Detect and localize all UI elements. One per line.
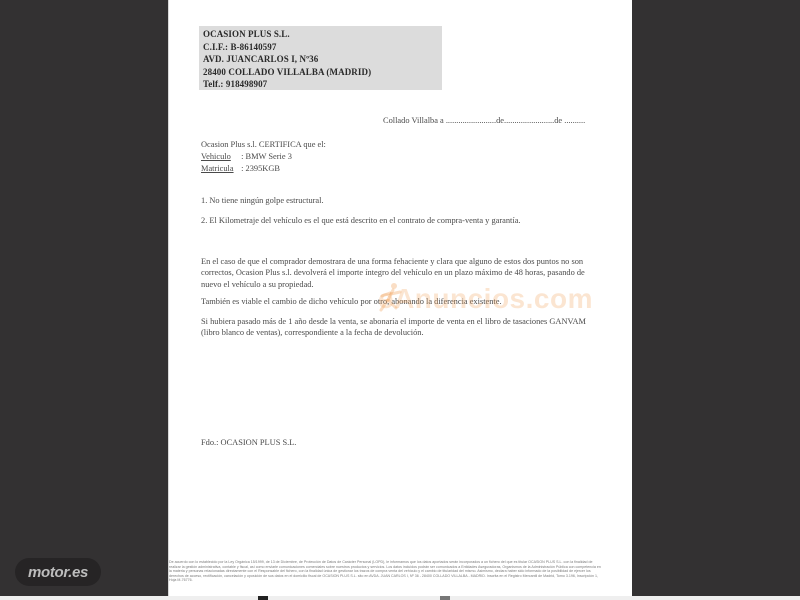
plate-value: : 2395KGB [241,164,280,173]
plate-field: Matricula : 2395KGB [201,163,280,174]
page-marker [258,596,268,600]
document-viewer: OCASION PLUS S.L. C.I.F.: B-86140597 AVD… [0,0,800,600]
bottom-scroll-strip[interactable] [0,596,800,600]
company-name: OCASION PLUS S.L. [203,28,442,41]
legal-footer: De acuerdo con lo establecido por la Ley… [169,560,601,592]
company-city: 28400 COLLADO VILLALBA (MADRID) [203,66,442,79]
ganvam-paragraph: Si hubiera pasado más de 1 año desde la … [201,316,605,339]
document-page: OCASION PLUS S.L. C.I.F.: B-86140597 AVD… [168,0,632,596]
vehicle-field: Vehiculo : BMW Serie 3 [201,151,292,162]
place-date-line: Collado Villalba a .....................… [383,115,585,126]
motor-es-logo[interactable]: motor.es [15,558,101,586]
page-marker [440,596,450,600]
plate-label: Matricula [201,163,239,174]
refund-paragraph: En el caso de que el comprador demostrar… [201,256,605,290]
company-header-box: OCASION PLUS S.L. C.I.F.: B-86140597 AVD… [199,26,442,90]
company-cif: C.I.F.: B-86140597 [203,41,442,54]
page-border [168,0,169,596]
vehicle-value: : BMW Serie 3 [241,152,292,161]
exchange-paragraph: También es viable el cambio de dicho veh… [201,296,605,307]
company-address: AVD. JUANCARLOS I, Nº36 [203,53,442,66]
vehicle-label: Vehiculo [201,151,239,162]
point-2: 2. El Kilometraje del vehículo es el que… [201,215,521,226]
signature-line: Fdo.: OCASION PLUS S.L. [201,437,296,448]
logo-text: motor.es [28,564,88,581]
point-1: 1. No tiene ningún golpe estructural. [201,195,324,206]
company-phone: Telf.: 918498907 [203,78,442,91]
certification-intro: Ocasion Plus s.l. CERTIFICA que el: [201,139,326,150]
